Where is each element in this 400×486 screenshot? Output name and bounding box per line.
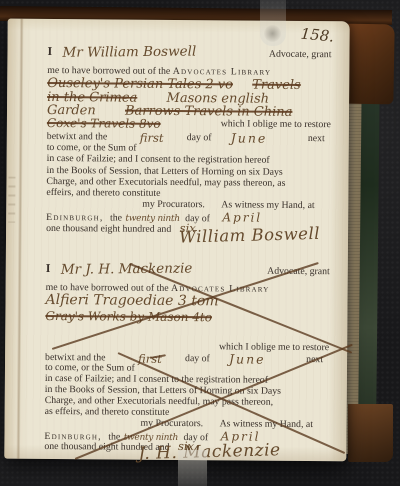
- register-page: 158. I Mr William Boswell Advocate, gran…: [4, 19, 349, 462]
- glass-strap-bottom: [178, 450, 207, 486]
- borrower-signature: J. H. Mackenzie: [138, 443, 329, 460]
- oblige-restore-label: which I oblige me to restore: [221, 118, 331, 131]
- leather-corner-top-right: [345, 24, 394, 105]
- book-title: Coxe's Travels 8vo: [47, 117, 161, 130]
- borrow-entry-mackenzie: I Mr J. H. Mackenzie Advocate, grant me …: [46, 262, 330, 264]
- sum-line: to come, or the Sum of: [47, 142, 137, 154]
- borrow-entry-boswell: I Mr William Boswell Advocate, grant me …: [48, 45, 332, 47]
- book-title: Gray's Works by Mason 4to: [45, 310, 212, 323]
- sum-line: to come, or the Sum of: [45, 362, 135, 374]
- procurators-label: my Procurators.: [142, 199, 205, 210]
- page-content: 158. I Mr William Boswell Advocate, gran…: [4, 19, 349, 462]
- photographed-register-page: 158. I Mr William Boswell Advocate, gran…: [0, 0, 400, 486]
- folio-number: 158.: [300, 28, 334, 43]
- leather-corner-bottom-right: [348, 404, 393, 462]
- book-title: Alfieri Tragoediae 3 tom: [45, 294, 218, 307]
- glass-strap-top: [260, 0, 286, 46]
- advocate-grant-label: Advocate, grant: [269, 49, 332, 61]
- witness-label: As witness my Hand, at: [221, 199, 314, 211]
- effeirs-line: effeirs, and thereto constitute: [46, 187, 160, 199]
- book-title: Travels: [252, 80, 301, 92]
- borrower-signature: William Boswell: [179, 228, 330, 244]
- witness-label: As witness my Hand, at: [220, 418, 313, 430]
- borrower-name: Mr William Boswell: [52, 45, 269, 59]
- advocates-library-label: Advocates Library: [173, 66, 272, 78]
